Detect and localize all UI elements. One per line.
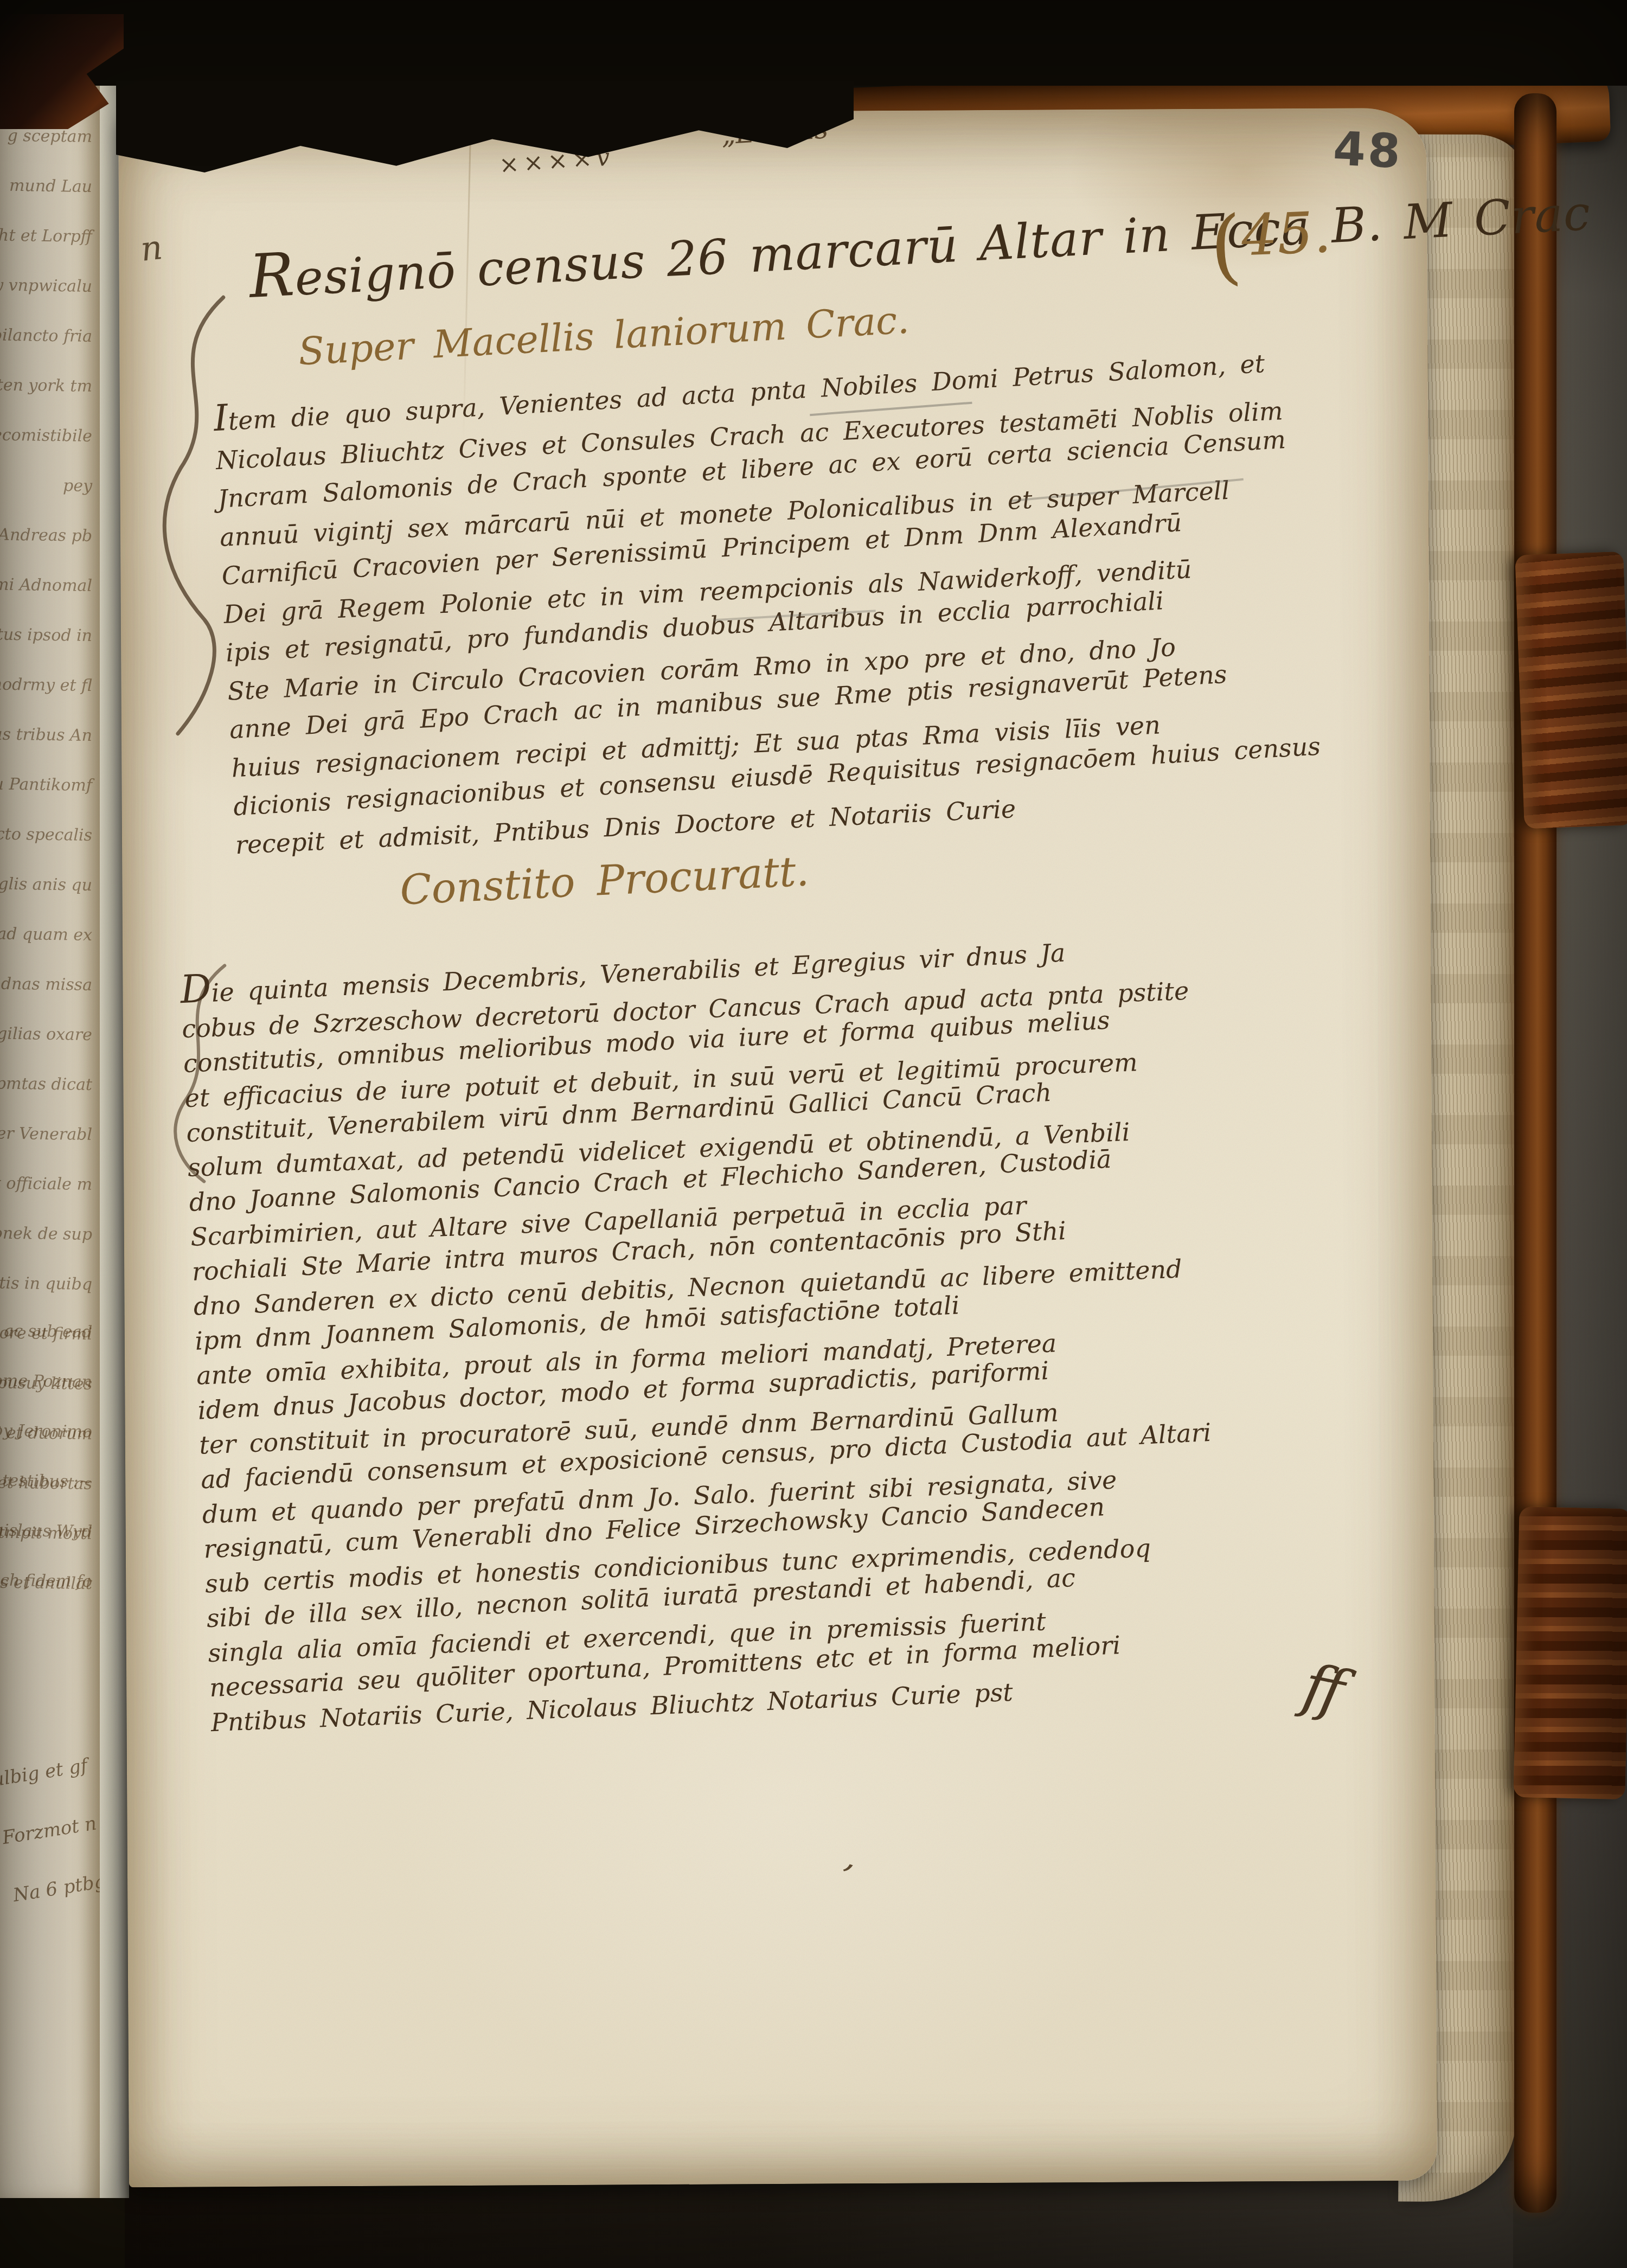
text-line: et officiale m: [0, 1157, 93, 1210]
facing-page-bottom-notes: mus fulbig et gfCanuto Forzmot nNa 6 ptb…: [0, 1737, 110, 1940]
entry-title: Resignō census 26 marcarū Altar in Ecca …: [247, 174, 1592, 311]
text-line: koy vnpwicalu: [0, 259, 93, 312]
facing-page-text-fragments-lower: dicat ac sub eadThome Poznanttby Jeronim…: [0, 1306, 92, 1605]
text-line: Stanislaus Wyd: [0, 1504, 93, 1557]
text-line: capitis in quibq: [0, 1257, 93, 1310]
text-line: ttby Jeronimo: [0, 1404, 93, 1457]
text-line: mund Lau: [0, 159, 93, 212]
text-line: pe per Venerabl: [0, 1107, 93, 1160]
text-line: dnus Andreas pb: [0, 508, 93, 561]
text-line: recomistibile: [0, 408, 93, 462]
stray-pen-mark: ,: [841, 1836, 864, 1878]
text-line: ambilancto fria: [0, 309, 93, 362]
text-line: aliu Pantikomf: [0, 758, 93, 811]
photographed-manuscript-scene: g sceptammund Lauwicht et Lorpffkoy vnpw…: [0, 0, 1627, 2268]
manuscript-page: ××××v n „L dbus Resignō census 26 marcar…: [118, 108, 1437, 2188]
text-line: na pmtas dicat: [0, 1057, 93, 1110]
leather-clasp-strap-upper: [1515, 552, 1627, 829]
folio-paraph-flourish: (: [1208, 199, 1244, 294]
text-line: sterti dnas missa: [0, 957, 93, 1010]
text-line: nam adicto specalis: [0, 808, 93, 861]
text-line: sanis ad quam ex: [0, 907, 93, 960]
text-line: ut modrmy et fl: [0, 658, 93, 711]
entry-1-text: Item die quo supra, Venientes ad acta pn…: [213, 344, 1323, 864]
margin-letter: n: [138, 227, 164, 269]
ink-folio-number: (45.: [1208, 195, 1334, 294]
entry-2-text: Die quinta mensis Decembris, Venerabilis…: [180, 930, 1222, 1740]
text-line: tauch fidem fo: [0, 1554, 93, 1607]
text-line: m Lelonek de sup: [0, 1207, 93, 1260]
folio-number-text: 45.: [1240, 199, 1333, 269]
leather-clasp-strap-lower: [1513, 1507, 1627, 1799]
text-line: Thome Poznan: [0, 1354, 93, 1407]
text-line: ptf. testibus :~: [0, 1454, 93, 1507]
closing-flourish: ff: [1297, 1650, 1346, 1726]
text-line: ptibus tribus An: [0, 708, 93, 761]
text-line: gethmi Adnomal: [0, 558, 93, 611]
section-heading: Constito Procuratt.: [399, 847, 810, 914]
text-line: Na 6 ptbg: [0, 1852, 110, 1940]
text-line: pey: [0, 458, 93, 511]
facing-page-sliver: g sceptammund Lauwicht et Lorpffkoy vnpw…: [0, 59, 100, 2198]
pencil-folio-number: 48: [1332, 121, 1404, 179]
text-line: nas vigilias oxare: [0, 1007, 93, 1060]
dark-felt-top-band: [0, 0, 1627, 86]
text-line: emsten york tm: [0, 358, 93, 412]
leather-cover-fore-edge: [1514, 93, 1556, 2213]
text-line: wicht et Lorpff: [0, 209, 93, 262]
entry-subtitle: Super Macellis laniorum Crac.: [297, 298, 910, 374]
text-line: dicat ac sub ead: [0, 1304, 93, 1357]
text-line: prescitus ipsod in: [0, 608, 93, 661]
text-line: singlis anis qu: [0, 857, 93, 911]
